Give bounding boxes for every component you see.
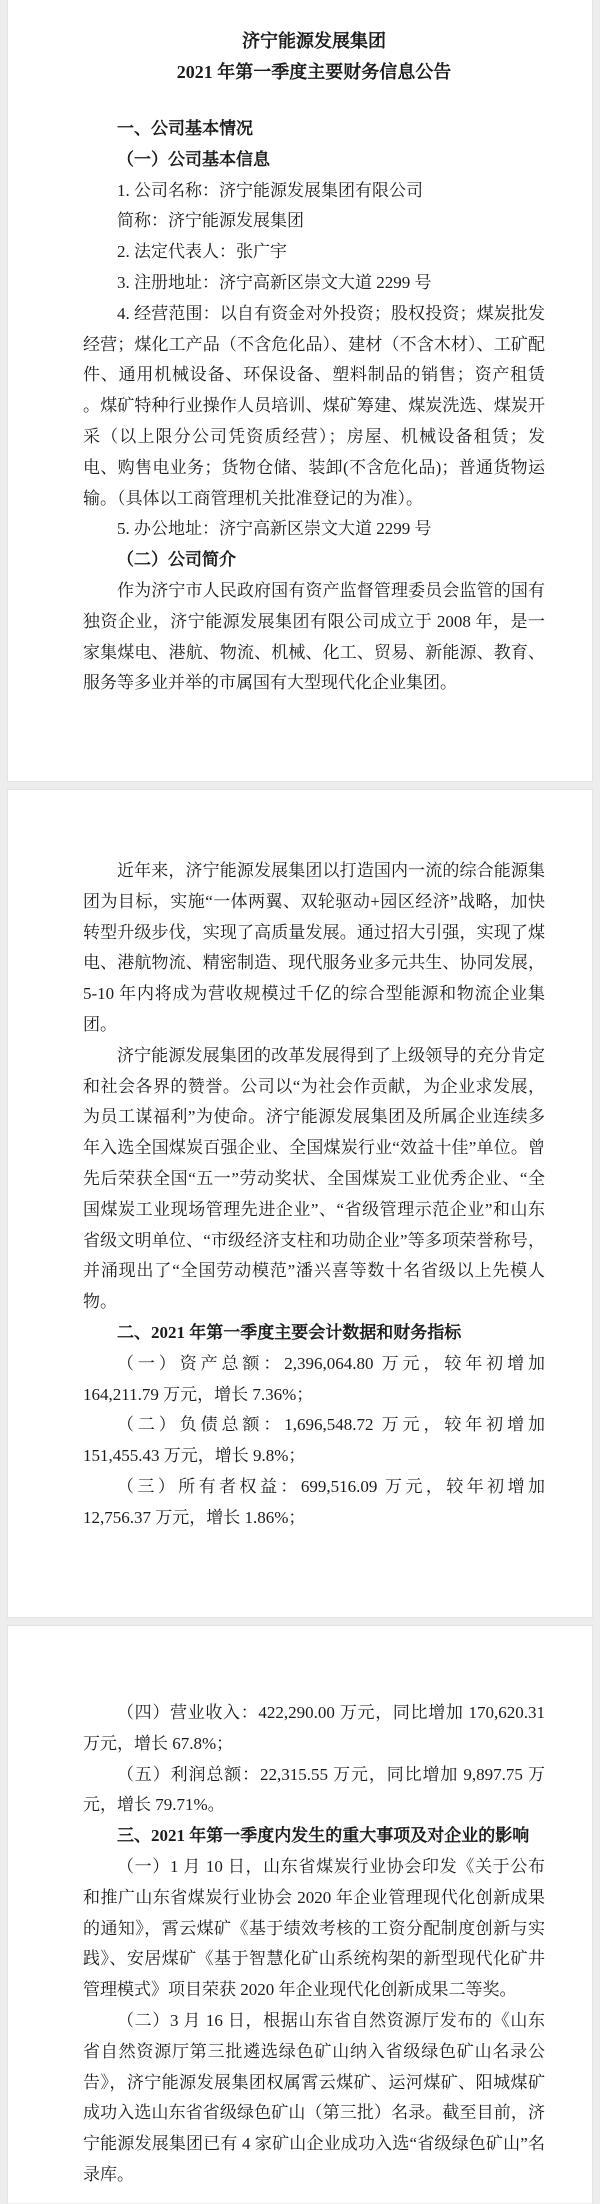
section-heading-financial-indicators: 二、2021 年第一季度主要会计数据和财务指标: [83, 1318, 545, 1349]
doc-subtitle: 2021 年第一季度主要财务信息公告: [83, 57, 545, 88]
subsection-heading-basic-info: （一）公司基本信息: [83, 145, 545, 176]
document-page-3: （四）营业收入：422,290.00 万元，同比增加 170,620.31 万元…: [7, 1625, 593, 2203]
document-viewer: 济宁能源发展集团 2021 年第一季度主要财务信息公告 一、公司基本情况 （一）…: [0, 0, 600, 2203]
para-total-assets: （一）资产总额：2,396,064.80 万元，较年初增加 164,211.79…: [83, 1349, 545, 1411]
para-operating-revenue: （四）营业收入：422,290.00 万元，同比增加 170,620.31 万元…: [83, 1698, 545, 1760]
para-total-liabilities: （二）负债总额：1,696,548.72 万元，较年初增加 151,455.43…: [83, 1410, 545, 1472]
para-registered-address: 3. 注册地址：济宁高新区崇文大道 2299 号: [83, 268, 545, 299]
document-page-2: 近年来，济宁能源发展集团以打造国内一流的综合能源集团为目标，实施“一体两翼、双轮…: [7, 789, 593, 1618]
para-event-march: （二）3 月 16 日，根据山东省自然资源厅发布的《山东省自然资源厅第三批遴选绿…: [83, 2006, 545, 2191]
document-page-1: 济宁能源发展集团 2021 年第一季度主要财务信息公告 一、公司基本情况 （一）…: [7, 0, 593, 782]
para-legal-representative: 2. 法定代表人：张广宇: [83, 237, 545, 268]
subsection-heading-company-profile: （二）公司简介: [83, 545, 545, 576]
para-strategy: 近年来，济宁能源发展集团以打造国内一流的综合能源集团为目标，实施“一体两翼、双轮…: [83, 856, 545, 1041]
section-heading-major-events: 三、2021 年第一季度内发生的重大事项及对企业的影响: [83, 1821, 545, 1852]
para-office-address: 5. 办公地址：济宁高新区崇文大道 2299 号: [83, 514, 545, 545]
para-business-scope: 4. 经营范围：以自有资金对外投资；股权投资；煤炭批发经营；煤化工产品（不含危化…: [83, 299, 545, 515]
para-company-profile: 作为济宁市人民政府国有资产监督管理委员会监管的国有独资企业，济宁能源发展集团有限…: [83, 576, 545, 699]
section-heading-company-overview: 一、公司基本情况: [83, 114, 545, 145]
para-honors: 济宁能源发展集团的改革发展得到了上级领导的充分肯定和社会各界的赞誉。公司以“为社…: [83, 1041, 545, 1318]
para-company-short-name: 简称：济宁能源发展集团: [83, 206, 545, 237]
para-event-january: （一）1 月 10 日，山东省煤炭行业协会印发《关于公布和推广山东省煤炭行业协会…: [83, 1852, 545, 2006]
para-owners-equity: （三）所有者权益：699,516.09 万元，较年初增加 12,756.37 万…: [83, 1472, 545, 1534]
doc-title: 济宁能源发展集团: [83, 26, 545, 57]
para-company-name: 1. 公司名称：济宁能源发展集团有限公司: [83, 176, 545, 207]
para-total-profit: （五）利润总额：22,315.55 万元，同比增加 9,897.75 万元，增长…: [83, 1760, 545, 1822]
